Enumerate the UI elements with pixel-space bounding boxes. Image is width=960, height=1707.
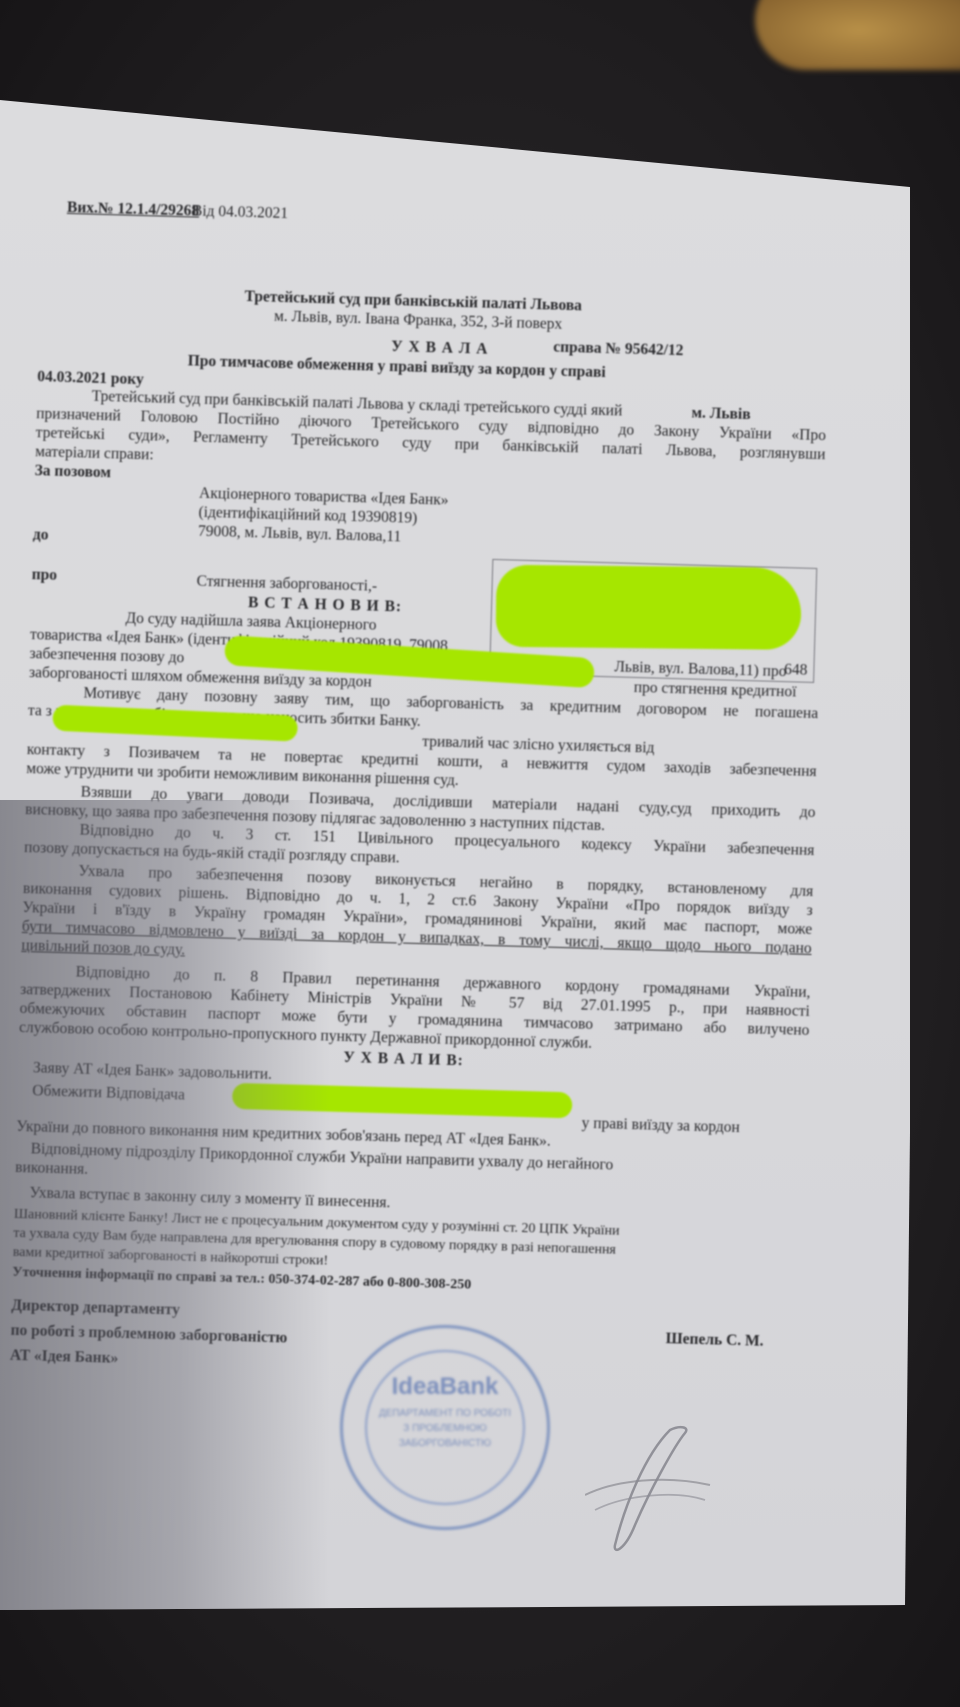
outgoing-number: Вих.№ 12.1.4/29268	[67, 198, 200, 221]
established-line-20: цивільний позов до суду.	[21, 936, 185, 960]
signer-name: Шепель С. М.	[665, 1329, 763, 1351]
subject-text: Стягнення заборгованості,-	[196, 572, 377, 596]
signer-title-2: по роботі з проблемною заборгованістю	[10, 1321, 287, 1348]
ruling-city: м. Львів	[691, 403, 751, 424]
subject-label: про	[31, 565, 57, 585]
handwritten-signature	[585, 1425, 715, 1555]
ruling-heading: У Х В А Л А	[391, 337, 489, 359]
redaction-defendant-decided	[232, 1083, 573, 1118]
defendant-box-number: 648	[784, 660, 808, 680]
decided-line-1: Заяву АТ «Ідея Банк» задовольнити.	[33, 1058, 272, 1084]
defendant-label: до	[33, 525, 49, 544]
stamp-line-3: ЗАБОРГОВАНІСТЮ	[343, 1436, 547, 1451]
case-number: справа № 95642/12	[553, 338, 684, 361]
background-object	[755, 0, 960, 70]
stamp-text: ДЕПАРТАМЕНТ ПО РОБОТІ З ПРОБЛЕМНОЮ ЗАБОР…	[343, 1406, 547, 1451]
decided-line-2: Обмежити Відповідача	[32, 1081, 185, 1104]
signer-title-3: АТ «Ідея Банк»	[10, 1346, 119, 1368]
decided-line-6: виконання.	[15, 1158, 88, 1179]
bank-stamp: IdeaBank ДЕПАРТАМЕНТ ПО РОБОТІ З ПРОБЛЕМ…	[340, 1325, 550, 1530]
stamp-logo: IdeaBank	[343, 1373, 547, 1401]
plaintiff-label: За позовом	[34, 461, 111, 482]
signer-title-1: Директор департаменту	[11, 1296, 180, 1320]
outgoing-date: Від 04.03.2021	[192, 201, 289, 223]
stamp-line-1: ДЕПАРТАМЕНТ ПО РОБОТІ	[343, 1406, 547, 1421]
established-line-5: про стягнення кредитної	[634, 678, 797, 702]
decided-heading: У Х В А Л И В:	[343, 1048, 464, 1070]
redaction-defendant	[496, 565, 802, 650]
ruling-date: 04.03.2021 року	[37, 367, 144, 389]
decided-line-3: у праві виїзду за кордон	[581, 1114, 740, 1137]
stamp-line-2: З ПРОБЛЕМНОЮ	[343, 1421, 547, 1436]
